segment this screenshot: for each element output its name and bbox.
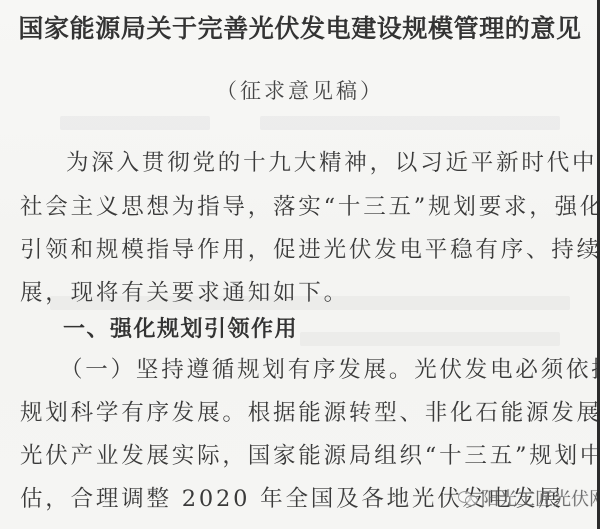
bleed-through	[300, 332, 560, 346]
section-line-1: （一）坚持遵循规划有序发展。光伏发电必须依据发展	[60, 352, 600, 384]
bleed-through	[260, 116, 560, 130]
watermark: 阳光工匠光伏网	[458, 485, 600, 511]
section-line-3: 光伏产业发展实际，国家能源局组织“十三五”规划中期评	[20, 438, 600, 470]
watermark-text: 阳光工匠光伏网	[481, 485, 600, 511]
intro-line-2: 社会主义思想为指导，落实“十三五”规划要求，强化规划	[20, 189, 600, 221]
intro-line-3: 引领和规模指导作用，促进光伏发电平稳有序、持续健康发	[20, 232, 600, 264]
document-page: 国家能源局关于完善光伏发电建设规模管理的意见 （征求意见稿） 为深入贯彻党的十九…	[0, 0, 597, 529]
intro-line-4: 展，现将有关要求通知如下。	[20, 275, 349, 307]
document-subtitle: （征求意见稿）	[0, 75, 600, 105]
section-line-2: 规划科学有序发展。根据能源转型、非化石能源发展需要和	[20, 395, 600, 427]
document-title: 国家能源局关于完善光伏发电建设规模管理的意见	[0, 9, 600, 45]
wechat-icon	[458, 490, 478, 506]
bleed-through	[60, 116, 210, 130]
section-heading: 一、强化规划引领作用	[63, 312, 298, 343]
intro-line-1: 为深入贯彻党的十九大精神，以习近平新时代中国特色	[66, 145, 600, 177]
